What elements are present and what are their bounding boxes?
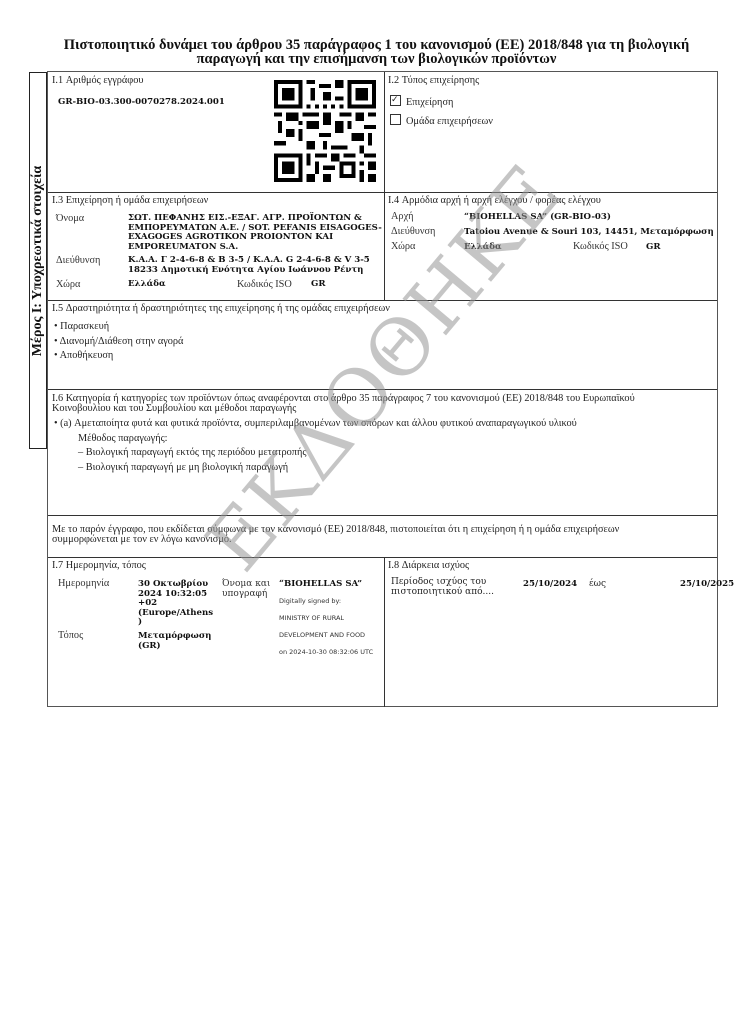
authority-iso: GR: [646, 243, 660, 253]
activity-item: • Παρασκευή: [54, 320, 183, 335]
document-number: GR-BIO-03.300-0070278.2024.001: [58, 98, 225, 108]
until-label: έως: [589, 579, 606, 589]
signature-label: Όνομα και υπογραφή: [222, 579, 270, 599]
title-line-2: παραγωγή και την επισήμανση των βιολογικ…: [20, 52, 733, 66]
option-label: Ομάδα επιχειρήσεων: [406, 116, 493, 127]
method-label: Μέθοδος παραγωγής:: [54, 432, 577, 447]
section-date-place: I.7 Ημερομηνία, τόπος Ημερομηνία 30 Οκτω…: [48, 557, 384, 707]
place-label: Τόπος: [58, 630, 83, 641]
method-item: – Βιολογική παραγωγή εκτός της περιόδου …: [54, 446, 577, 461]
checkbox-checked-icon[interactable]: [390, 95, 401, 106]
validity-period-label: Περίοδος ισχύος του πιστοποιητικού από..…: [391, 578, 494, 597]
name-label: Όνομα: [56, 213, 84, 224]
categories-list: • (a) Αμεταποίητα φυτά και φυτικά προϊόν…: [54, 417, 577, 475]
address-label: Διεύθυνση: [391, 226, 435, 237]
operator-country: Ελλάδα: [128, 280, 166, 290]
section-heading: I.5 Δραστηριότητα ή δραστηριότητες της ε…: [52, 303, 390, 314]
authority-label: Αρχή: [391, 211, 414, 222]
address-label: Διεύθυνση: [56, 255, 100, 266]
date-line: (Europe/Athens: [138, 609, 213, 619]
certificate-table: I.1 Αριθμός εγγράφου GR-BIO-03.300-00702…: [47, 71, 718, 707]
checkbox-empty-icon[interactable]: [390, 114, 401, 125]
valid-to: 25/10/2025: [680, 580, 734, 590]
activities-list: • Παρασκευή • Διανομή/Διάθεση στην αγορά…: [54, 320, 183, 364]
section-heading: I.7 Ημερομηνία, τόπος: [52, 560, 146, 571]
statement-text: Με το παρόν έγγραφο, που εκδίδεται σύμφω…: [52, 525, 619, 545]
category-item: • (a) Αμεταποίητα φυτά και φυτικά προϊόν…: [54, 417, 577, 432]
section-heading: I.2 Τύπος επιχείρησης: [388, 75, 479, 86]
activity-item: • Διανομή/Διάθεση στην αγορά: [54, 335, 183, 350]
digital-signature: Digitally signed by: MINISTRY OF RURAL D…: [279, 593, 373, 661]
authority-country: Ελλάδα: [464, 243, 502, 253]
signature-label-line: Όνομα και: [222, 579, 270, 589]
method-item: – Βιολογική παραγωγή με μη βιολογική παρ…: [54, 461, 577, 476]
section-control-authority: I.4 Αρμόδια αρχή ή αρχή ελέγχου / φορέας…: [384, 192, 718, 300]
title-line-1: Πιστοποιητικό δυνάμει του άρθρου 35 παρά…: [20, 38, 733, 52]
signature-line: MINISTRY OF RURAL: [279, 610, 373, 627]
statement-line: συμμορφώνεται με τον εν λόγω κανονισμό.: [52, 535, 619, 545]
issue-date: 30 Οκτωβρίου 2024 10:32:05 +02 (Europe/A…: [138, 580, 213, 628]
operator-name: ΣΩΤ. ΠΕΦΑΝΗΣ ΕΙΣ.-ΕΞΑΓ. ΑΓΡ. ΠΡΟΪΟΝΤΩΝ &…: [128, 214, 382, 252]
qr-code-icon: [274, 80, 376, 182]
authority-address: Tatoiou Avenue & Souri 103, 14451, Μεταμ…: [464, 228, 714, 238]
section-heading: I.3 Επιχείρηση ή ομάδα επιχειρήσεων: [52, 195, 208, 206]
section-activities: I.5 Δραστηριότητα ή δραστηριότητες της ε…: [48, 300, 718, 389]
operator-address: Κ.Α.Α. Γ 2-4-6-8 & Β 3-5 / K.A.A. G 2-4-…: [128, 256, 370, 275]
signature-line: Digitally signed by:: [279, 593, 373, 610]
place-line: (GR): [138, 642, 211, 652]
iso-label: Κωδικός ISO: [573, 241, 628, 252]
part-label: Μέρος Ι: Υποχρεωτικά στοιχεία: [30, 165, 46, 355]
section-heading: I.6 Κατηγορία ή κατηγορίες των προϊόντων…: [52, 394, 635, 414]
issue-place: Μεταμόρφωση (GR): [138, 632, 211, 651]
option-business-group[interactable]: Ομάδα επιχειρήσεων: [390, 114, 493, 127]
iso-label: Κωδικός ISO: [237, 279, 292, 290]
name-line: EMPOREUMATON S.A.: [128, 243, 382, 253]
operator-iso: GR: [311, 280, 325, 290]
signature-line: on 2024-10-30 08:32:06 UTC: [279, 644, 373, 661]
signature-label-line: υπογραφή: [222, 589, 270, 599]
compliance-statement: Με το παρόν έγγραφο, που εκδίδεται σύμφω…: [48, 515, 718, 557]
address-line: 18233 Δημοτική Ενότητα Αγίου Ιωάννου Ρέν…: [128, 266, 370, 276]
signatory-name: “BIOHELLAS SA”: [279, 580, 362, 590]
section-heading: I.1 Αριθμός εγγράφου: [52, 75, 143, 86]
section-validity: I.8 Διάρκεια ισχύος Περίοδος ισχύος του …: [384, 557, 718, 707]
section-business-type: I.2 Τύπος επιχείρησης Επιχείρηση Ομάδα ε…: [384, 72, 718, 192]
heading-line: Κοινοβουλίου και του Συμβουλίου και μέθο…: [52, 404, 635, 414]
section-heading: I.8 Διάρκεια ισχύος: [388, 560, 469, 571]
period-label-line: πιστοποιητικού από....: [391, 588, 494, 598]
country-label: Χώρα: [391, 241, 415, 252]
section-document-number: I.1 Αριθμός εγγράφου GR-BIO-03.300-00702…: [48, 72, 384, 192]
signature-line: DEVELOPMENT AND FOOD: [279, 627, 373, 644]
part-label-box: Μέρος Ι: Υποχρεωτικά στοιχεία: [29, 72, 47, 449]
country-label: Χώρα: [56, 279, 80, 290]
section-product-categories: I.6 Κατηγορία ή κατηγορίες των προϊόντων…: [48, 389, 718, 515]
date-label: Ημερομηνία: [58, 578, 109, 589]
authority-name: “BIOHELLAS SA” (GR-BIO-03): [464, 213, 611, 223]
document-title: Πιστοποιητικό δυνάμει του άρθρου 35 παρά…: [20, 38, 733, 66]
section-heading: I.4 Αρμόδια αρχή ή αρχή ελέγχου / φορέας…: [388, 195, 601, 206]
option-label: Επιχείρηση: [406, 97, 453, 108]
section-operator: I.3 Επιχείρηση ή ομάδα επιχειρήσεων Όνομ…: [48, 192, 384, 300]
option-business[interactable]: Επιχείρηση: [390, 95, 453, 108]
date-line: ): [138, 618, 213, 628]
activity-item: • Αποθήκευση: [54, 349, 183, 364]
valid-from: 25/10/2024: [523, 580, 577, 590]
